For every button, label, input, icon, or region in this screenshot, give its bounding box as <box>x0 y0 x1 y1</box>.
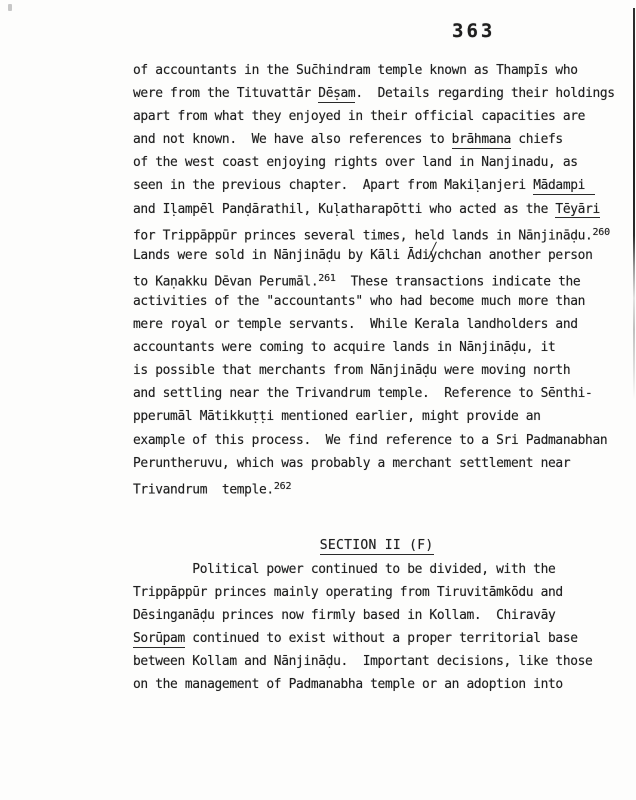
text-segment: Trivandrum temple. <box>133 482 274 497</box>
text-line: and settling near the Trivandrum temple.… <box>133 383 615 406</box>
scan-speck-artifact <box>8 4 12 11</box>
text-segment: on the management of Padmanabha temple o… <box>133 677 563 692</box>
text-segment: Lands were sold in Nānjināḍu by Kāli Ādi <box>133 248 429 263</box>
paragraph-1: of accountants in the Suc̄hindram temple… <box>133 60 615 499</box>
text-line: between Kollam and Nānjināḍu. Important … <box>133 651 615 674</box>
text-line: example of this process. We find referen… <box>133 430 615 453</box>
text-line: mere royal or temple servants. While Ker… <box>133 314 615 337</box>
text-line: and not known. We have also references t… <box>133 129 615 152</box>
text-segment: is possible that merchants from Nānjināḍ… <box>133 363 570 378</box>
text-line: to Kaṇakku Dēvan Perumāl.261 These trans… <box>133 268 615 291</box>
paragraph-2: Political power continued to be divided,… <box>133 559 615 698</box>
text-segment: of the west coast enjoying rights over l… <box>133 155 578 170</box>
text-line: of the west coast enjoying rights over l… <box>133 152 615 175</box>
text-segment: Mādampi <box>533 178 595 195</box>
text-segment: of accountants in the Suc̄hindram temple… <box>133 63 578 78</box>
text-segment: activities of the "accountants" who had … <box>133 294 585 309</box>
text-segment: accountants were coming to acquire lands… <box>133 340 555 355</box>
text-line: Political power continued to be divided,… <box>133 559 615 582</box>
text-segment: Tēyāri <box>555 202 599 219</box>
text-segment: . Details regarding their holdings <box>355 86 614 101</box>
text-line: for Trippāppūr princes several times, he… <box>133 222 615 245</box>
text-line: apart from what they enjoyed in their of… <box>133 106 615 129</box>
page-number: 363 <box>452 20 495 42</box>
text-segment: brāhmana <box>452 132 511 149</box>
text-segment: y <box>429 245 436 266</box>
text-segment: apart from what they enjoyed in their of… <box>133 109 585 124</box>
text-segment: chiefs <box>511 132 563 147</box>
text-segment: seen in the previous chapter. Apart from… <box>133 178 533 193</box>
text-line: Lands were sold in Nānjināḍu by Kāli Ādi… <box>133 245 615 268</box>
text-line: Sorūpam continued to exist without a pro… <box>133 628 615 651</box>
text-line: Trippāppūr princes mainly operating from… <box>133 582 615 605</box>
section-heading-text: SECTION II (F) <box>320 538 434 555</box>
text-segment: Trippāppūr princes mainly operating from… <box>133 585 563 600</box>
scan-edge-artifact <box>633 8 635 400</box>
text-segment: 262 <box>274 481 291 492</box>
text-segment: mere royal or temple servants. While Ker… <box>133 317 578 332</box>
text-segment: These transactions indicate the <box>336 274 581 289</box>
text-segment: between Kollam and Nānjināḍu. Important … <box>133 654 592 669</box>
text-segment: Dēsinganāḍu princes now firmly based in … <box>133 608 555 623</box>
text-segment: Political power continued to be divided,… <box>133 562 555 577</box>
text-line: of accountants in the Suc̄hindram temple… <box>133 60 615 83</box>
text-segment: Sorūpam <box>133 631 185 648</box>
text-line: on the management of Padmanabha temple o… <box>133 674 615 697</box>
text-segment: Peruntheruvu, which was probably a merch… <box>133 456 570 471</box>
text-line: Dēsinganāḍu princes now firmly based in … <box>133 605 615 628</box>
text-line: and Iḷampēl Panḍārathil, Kuḷatharapōtti … <box>133 199 615 222</box>
text-line: activities of the "accountants" who had … <box>133 291 615 314</box>
text-segment: for Trippāppūr princes several times, he… <box>133 228 592 243</box>
text-line: were from the Tituvattār Dēṣam. Details … <box>133 83 615 106</box>
text-line: seen in the previous chapter. Apart from… <box>133 175 615 198</box>
text-segment: continued to exist without a proper terr… <box>185 631 578 646</box>
text-segment: and not known. We have also references t… <box>133 132 452 147</box>
text-line: accountants were coming to acquire lands… <box>133 337 615 360</box>
text-line: Peruntheruvu, which was probably a merch… <box>133 453 615 476</box>
text-column: of accountants in the Suc̄hindram temple… <box>133 60 615 697</box>
text-segment: Dēṣam <box>318 86 355 103</box>
section-heading: SECTION II (F) <box>271 523 615 546</box>
scanned-document-page: 363 of accountants in the Suc̄hindram te… <box>0 0 636 800</box>
text-segment: chchan another person <box>437 248 593 263</box>
text-segment: 260 <box>592 227 609 238</box>
text-line: pperumāl Mātikkuṭṭi mentioned earlier, m… <box>133 406 615 429</box>
text-segment: and settling near the Trivandrum temple.… <box>133 386 592 401</box>
text-segment: 261 <box>318 273 335 284</box>
text-line: Trivandrum temple.262 <box>133 476 615 499</box>
text-segment: to Kaṇakku Dēvan Perumāl. <box>133 274 318 289</box>
text-segment: and Iḷampēl Panḍārathil, Kuḷatharapōtti … <box>133 202 555 217</box>
text-segment: pperumāl Mātikkuṭṭi mentioned earlier, m… <box>133 409 541 424</box>
text-line: is possible that merchants from Nānjināḍ… <box>133 360 615 383</box>
text-segment: were from the Tituvattār <box>133 86 318 101</box>
text-segment: example of this process. We find referen… <box>133 433 607 448</box>
